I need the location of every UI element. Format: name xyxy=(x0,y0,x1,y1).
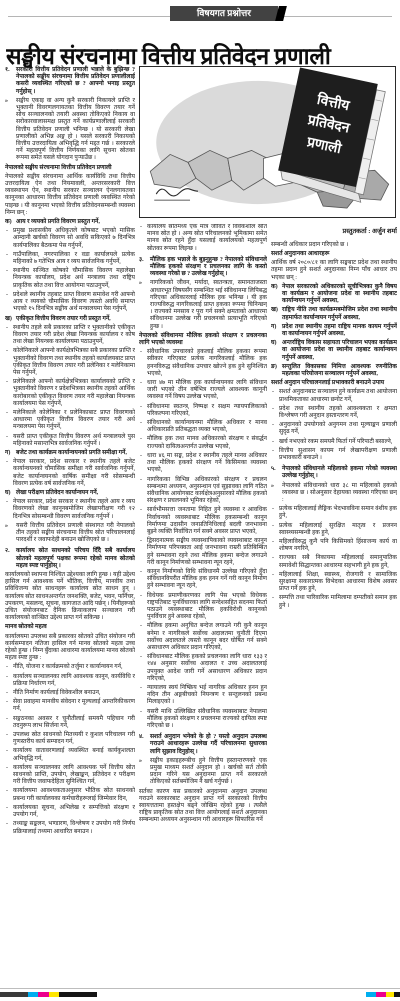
paragraph-sublabel: क)आय र व्ययको प्रगति विवरण प्रस्तुत गर्न… xyxy=(5,219,135,226)
paragraph-bullet: प्रत्येक महिलालाई सुरक्षित मातृत्व र प्र… xyxy=(271,523,397,537)
paragraph-bullet: महिलाविरुद्ध कुनै पनि किसिमको हिंसाजन्य … xyxy=(271,539,397,553)
print-mark-magenta-right xyxy=(376,992,386,997)
paragraph-bullet: अनुदानको उपयोगको अनुगमन तथा मूल्याङ्कन प… xyxy=(271,422,397,436)
column-2: कार्यालय स्रोतमध्ये एक मात्र जीवित र विव… xyxy=(139,224,267,985)
paragraph-bullet: तथ्याङ्क सङ्कलन, भण्डारण, विश्लेषण र उपय… xyxy=(5,821,135,835)
print-mark-magenta-left xyxy=(38,992,49,997)
paragraph-bullet: यसरी प्राप्त एकीकृत वित्तीय विवरण अर्थ म… xyxy=(5,434,135,448)
paragraph-answer: »यसरी वित्तीय प्रतिवेदन प्रणाली संस्थागत… xyxy=(5,523,135,545)
paragraph-bullet: प्रदेश तथा स्थानीय तहको आवश्यकता र क्षमत… xyxy=(271,406,397,420)
paragraph-question: ३.मौलिक हक भन्नाले के बुझ्नुहुन्छ ? नेपा… xyxy=(139,257,267,279)
paragraph-bullet: कार्यालयका सूचना, अभिलेख र सम्पत्तिको सं… xyxy=(5,805,135,819)
print-mark-gray xyxy=(0,992,28,997)
paragraph-answer: »नागरिकको जीवन, मर्यादा, स्वतन्त्रता, सम… xyxy=(139,280,267,330)
paragraph-bullet: विधेयक प्रमाणीकरणका लागि पेस भएको विधेयक… xyxy=(139,593,267,622)
paragraph-subhead: नेपालको संविधानमा मौलिक हकको संरक्षण र प… xyxy=(139,333,267,347)
newspaper-page: विषयगत प्रश्नोत्तर सङ्घीय संरचनामा वित्त… xyxy=(0,0,400,1001)
paragraph-bullet: प्रत्येक महिलालाई लैङ्गिक भेदभावविना समा… xyxy=(271,506,397,520)
paragraph-sublabel: ङ)सन्तुलित विकासका निमित्त आवश्यक रणनीति… xyxy=(271,364,397,378)
paragraph-para: कार्यालयमा उपलब्ध सबै प्रकारका स्रोतको उ… xyxy=(5,634,135,663)
column-3: प्रस्तुतकर्ता : अर्जुन शर्मा सम्बन्धी अध… xyxy=(271,224,397,985)
paragraph-subhead: सशर्त अनुदान परिचालनलाई प्रभावकारी बनाउन… xyxy=(271,380,397,387)
print-mark-yellow-left xyxy=(49,992,59,997)
paragraph-bullet: नीति निर्माण कार्यलाई विवेकशील बनाउन, xyxy=(5,690,135,697)
paragraph-bullet: कार्यालय सञ्चालनका लागि आवश्यक कानून, का… xyxy=(5,674,135,688)
paragraph-bullet: नागरिकका विभिन्न अधिकारको संरक्षण र प्रच… xyxy=(139,477,267,506)
paragraph-bullet: संविधानमा स्वतन्त्र, निष्पक्ष र सक्षम न्… xyxy=(139,404,267,418)
paragraph-para: आर्थिक वर्ष २०८०/८१ का लागि सङ्घबाट प्रद… xyxy=(271,260,397,282)
paragraph-bullet: धारा ४७ मा मौलिक हक कार्यान्वयनका लागि स… xyxy=(139,380,267,402)
paragraph-bullet: कार्यालयमा आवश्यकताअनुसार भौतिक स्रोत सा… xyxy=(5,788,135,802)
paragraph-bullet: उपलब्ध स्रोत साधनको मितव्ययी र कुशल परिच… xyxy=(5,732,135,746)
paragraph-bullet: सार्वभौमसत्ता जनतामा निहित हुने व्यवस्था… xyxy=(139,507,267,536)
paragraph-bullet: न्यायालय स्वयं निष्क्रिय भई नागरिक अधिका… xyxy=(139,685,267,707)
paragraph-answer: »सङ्घीय एकाइ वा अन्य कुनै सरकारी निकायले… xyxy=(5,98,135,163)
paragraph-bullet: सङ्गठनका अवसर र चुनौतीलाई समयमै पहिचान ग… xyxy=(5,716,135,730)
paragraph-sublabel: घ)लेखा परीक्षण प्रतिवेदन कार्यान्वयन गर्… xyxy=(5,490,135,497)
paragraph-bullet: सशर्त अनुदानबाट सञ्चालन हुने कार्यक्रम त… xyxy=(271,389,397,403)
paragraph-subhead: मानव स्रोतको महत्व xyxy=(5,624,135,631)
paragraph-sublabel: क)नेपाल सरकारको अधिकारको सूचीभित्रका कुन… xyxy=(271,284,397,306)
paragraph-bullet: स्थानीय सञ्चित कोषको चौमासिक विवरण महाले… xyxy=(5,268,135,290)
paragraph-bullet: खर्च नभएको रकम समयमै फिर्ता गर्ने परिपाट… xyxy=(271,439,397,446)
paragraph-bullet: मौलिक हकमा अनुचित बन्देज लगाउने गरी कुनै… xyxy=(139,623,267,652)
paragraph-subhead: नेपालको सङ्घीय संरचनामा वित्तीय प्रतिवेद… xyxy=(5,165,135,172)
footer-rule xyxy=(0,988,400,989)
paragraph-bullet: प्रदेशले स्थानीय तहबाट प्राप्त विवरण समा… xyxy=(5,292,135,314)
print-mark-cyan-right xyxy=(366,992,376,997)
paragraph-sublabel: ग)बजेट तथा कार्यक्रम कार्यान्वयनको प्रगत… xyxy=(5,450,135,457)
paragraph-bullet: सम्पत्ति तथा पारिवारिक मामिलामा दम्पतीको… xyxy=(271,595,397,609)
paragraph-bullet: कार्यालय सञ्चालनका लागि आवश्यक पर्ने वित… xyxy=(5,765,135,787)
paragraph-bullet: मलेनिकाले कोलेनिका र प्रलेनिकाबाट प्राप्… xyxy=(5,410,135,432)
paragraph-sublabel: ग)प्रदेश तथा स्थानीय तहमा राष्ट्रिय मानक… xyxy=(271,324,397,338)
paragraph-bullet: नीति, योजना र कार्यक्रमको तर्जुमा र कार्… xyxy=(5,664,135,671)
paragraph-bullet: धारा ४६ मा सङ्घ, प्रदेश र स्थानीय तहले म… xyxy=(139,453,267,475)
paragraph-bullet: मौलिक हक तथा मानव अधिकारको संरक्षण र संव… xyxy=(139,436,267,450)
paragraph-bullet: द्विसदनात्मक सङ्घीय व्यवस्थापिकाको व्यवस… xyxy=(139,538,267,567)
paragraph-bullet: महिलालाई शिक्षा, स्वास्थ्य, रोजगारी र सा… xyxy=(271,572,397,594)
paragraph-bullet: कार्यालय स्रोतमध्ये एक मात्र जीवित र विव… xyxy=(139,224,267,253)
paragraph-para: नेपालको सङ्घीय संरचनामा आर्थिक कार्यविधि… xyxy=(5,174,135,217)
byline: प्रस्तुतकर्ता : अर्जुन शर्मा xyxy=(271,228,397,235)
print-mark-yellow-right xyxy=(386,992,394,997)
kicker-badge: विषयगत प्रश्नोत्तर xyxy=(170,6,278,21)
cartoonist-signature xyxy=(154,189,198,200)
illustration-canvas: वित्तीय प्रतिवेदन प्रणाली xyxy=(140,67,395,217)
paragraph-bullet: सेवा प्रवाहमा मानवीय संवेदना र मूल्यलाई … xyxy=(5,699,135,713)
paragraph-bullet: प्रमुख प्रशासकीय अधिकृतले कोषबाट भएको मा… xyxy=(5,228,135,250)
paragraph-bullet: कार्यालय वातावरणलाई व्यवस्थित बनाई कार्य… xyxy=(5,748,135,762)
paragraph-bullet: संविधानको कार्यान्वयनमा मौलिक अधिकार र म… xyxy=(139,420,267,434)
paragraph-sublabel: ख)एकीकृत वित्तीय विवरण तयार गरी प्रस्तुत… xyxy=(5,316,135,323)
print-mark-cyan-left xyxy=(28,992,38,997)
column-1: १.सरकारी वित्तीय प्रतिवेदन प्रणाली भन्ना… xyxy=(5,63,135,985)
paragraph-question: ४.सशर्त अनुदान भनेको के हो ? यस्तो अनुदा… xyxy=(139,734,267,756)
paragraph-answer: »सङ्घीय इकाइहरूबीच हुने वित्तीय हस्तान्त… xyxy=(139,758,267,787)
print-mark-black-right xyxy=(394,992,400,997)
paragraph-bullet: संविधानबाट मौलिक हकको प्रचलनका लागि धारा… xyxy=(139,654,267,683)
paragraph-bullet: गाउँपालिका, नगरपालिका र वडा कार्यालयले प… xyxy=(5,252,135,266)
paragraph-sublabel: ख)राष्ट्रिय नीति तथा कार्यक्रमबमोजिम प्र… xyxy=(271,307,397,321)
paragraph-bullet: वित्तीय सुशासन कायम गर्न लेखापरीक्षण प्र… xyxy=(271,448,397,462)
paragraph-para: सम्बन्धी अधिकार प्रदान गरिएको छ । xyxy=(271,242,397,249)
paragraph-bullet: संवैधानिक उपचारको हकलाई मौलिक हकका रूपमा… xyxy=(139,349,267,378)
print-mark-black-left xyxy=(59,992,97,997)
paragraph-bullet: यसरी माथि उल्लिखित संवैधानिक व्यवस्थाबाट… xyxy=(139,709,267,731)
paragraph-para: कार्यालयको स्थापना निश्चित उद्देश्यका ला… xyxy=(5,572,135,622)
paragraph-sublabel: घ)अन्तर्राष्ट्रिय विकास सहायता परिचालन भ… xyxy=(271,340,397,362)
article-illustration: वित्तीय प्रतिवेदन प्रणाली xyxy=(139,66,396,218)
paragraph-subhead: सशर्त अनुदानका आधारहरू xyxy=(271,251,397,258)
paragraph-bullet: राज्यका सबै निकायमा महिलालाई समानुपातिक … xyxy=(271,555,397,569)
paragraph-bullet: कोलेनिकाले आफ्नो कार्यक्षेत्रभित्रका सबै… xyxy=(5,348,135,377)
paragraph-bullet: कानून निर्माणको विधि संविधानमै उल्लेख गर… xyxy=(139,569,267,591)
paragraph-bullet: नेपाल सरकार, प्रदेश सरकार र स्थानीय तहले… xyxy=(5,459,135,488)
paragraph-answer: »नेपालको संविधानको धारा ३८ मा महिलाको हक… xyxy=(271,483,397,505)
paragraph-question: २.कार्यालय स्रोत साधनको परिचय दिँदै सबै … xyxy=(5,548,135,570)
paragraph-question: १.सरकारी वित्तीय प्रतिवेदन प्रणाली भन्ना… xyxy=(5,67,135,96)
paragraph-bullet: स्थानीय तहले सबै प्रकारका प्राप्ति र भुक… xyxy=(5,325,135,347)
paragraph-para: सर्तका कारण यस प्रकारको अनुदानमा अनुदान … xyxy=(139,789,267,825)
paragraph-question: ५.नेपालको संविधानले महिलाको हकमा गरेको व… xyxy=(271,466,397,480)
paragraph-bullet: प्रलेनिकाले आफ्नो कार्यक्षेत्रभित्रका का… xyxy=(5,379,135,408)
paragraph-bullet: नेपाल सरकार, प्रदेश सरकार र स्थानीय तहले… xyxy=(5,499,135,521)
